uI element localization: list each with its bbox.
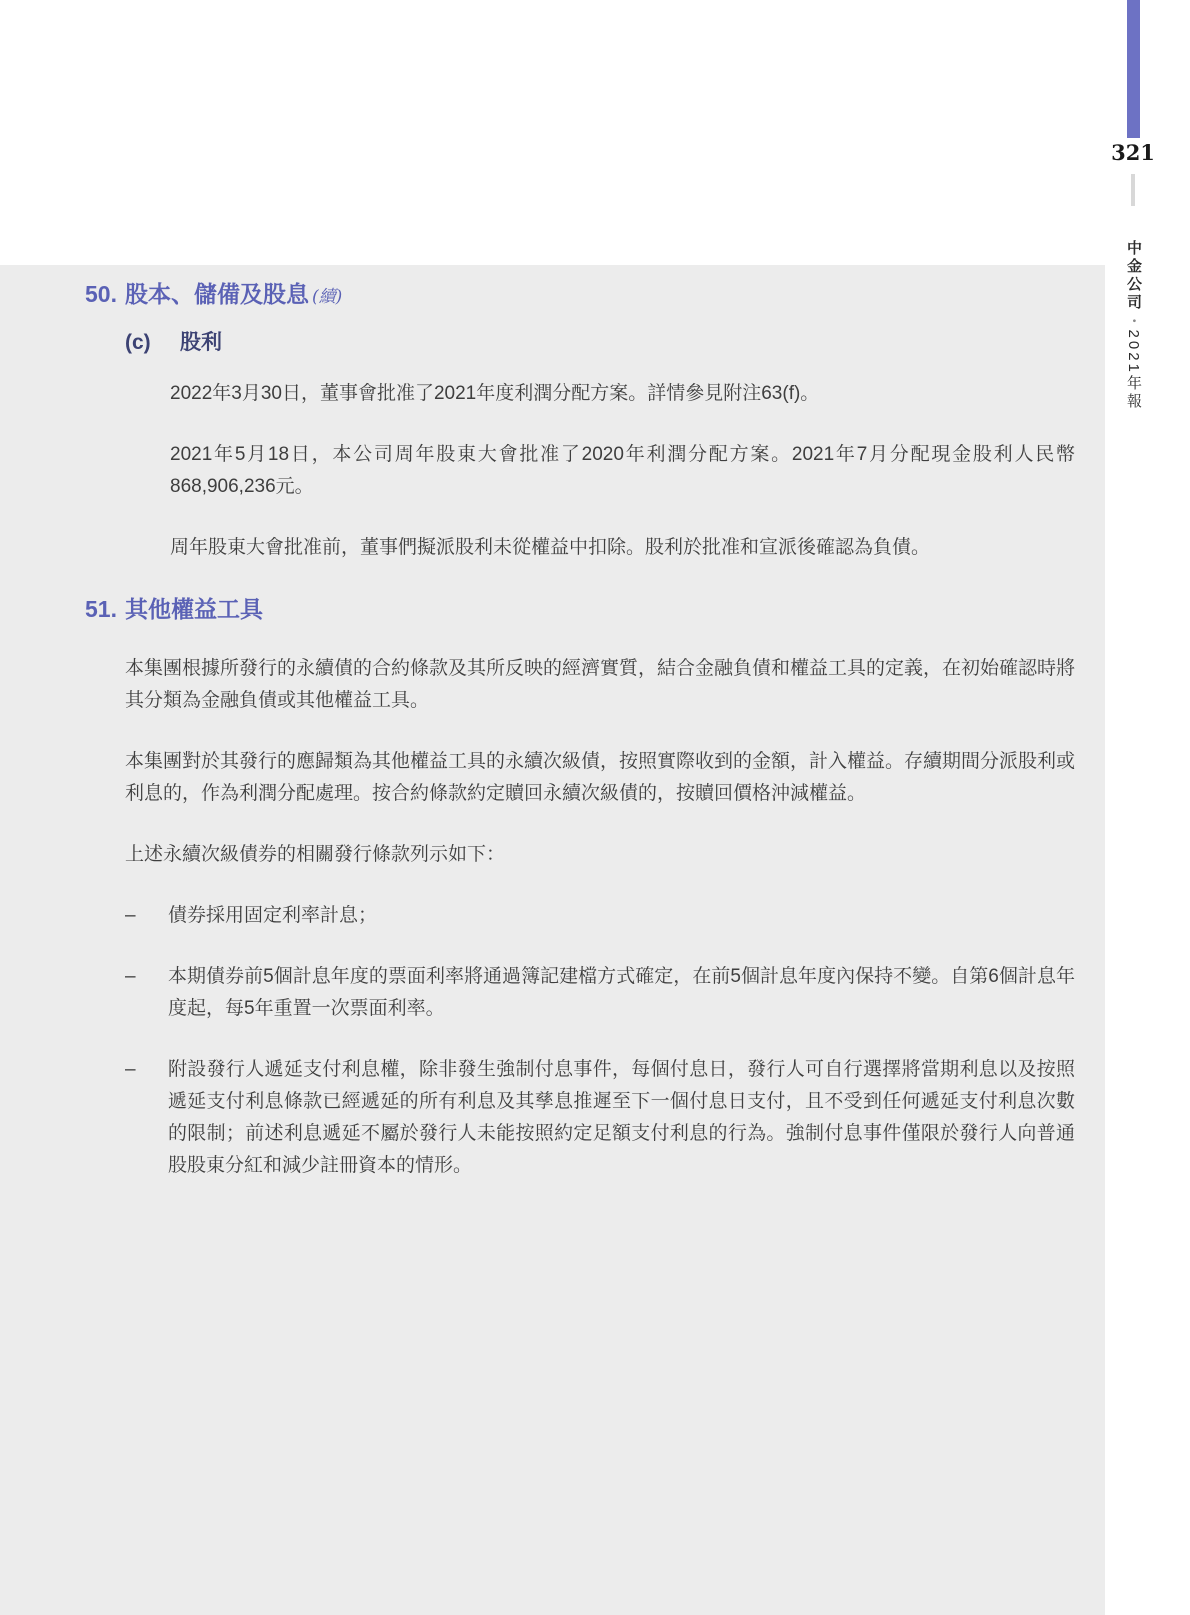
list-item-text: 附設發行人遞延支付利息權，除非發生強制付息事件，每個付息日，發行人可自行選擇將當… [168, 1054, 1075, 1182]
section-50-heading: 50. 股本、儲備及股息 (續) [85, 279, 1075, 312]
report-year: 2021年報 [1125, 330, 1142, 411]
page-accent-bar [1127, 0, 1140, 138]
list-item: – 附設發行人遞延支付利息權，除非發生強制付息事件，每個付息日，發行人可自行選擇… [125, 1054, 1075, 1182]
list-item-text: 債券採用固定利率計息； [168, 900, 1075, 932]
paragraph: 本集團根據所發行的永續債的合約條款及其所反映的經濟實質，結合金融負債和權益工具的… [125, 653, 1075, 717]
report-page: 321 中金公司•2021年報 50. 股本、儲備及股息 (續) (c) 股利 … [0, 0, 1190, 1615]
section-51-number: 51. [85, 594, 125, 624]
section-50-title: 股本、儲備及股息 [125, 279, 309, 309]
list-item: – 債券採用固定利率計息； [125, 900, 1075, 932]
section-50-continued-label: (續) [312, 282, 342, 312]
section-51-heading: 51. 其他權益工具 [85, 594, 1075, 624]
list-item-text: 本期債券前5個計息年度的票面利率將通過簿記建檔方式確定，在前5個計息年度內保持不… [168, 961, 1075, 1025]
dash-marker: – [125, 1054, 168, 1182]
content-panel: 50. 股本、儲備及股息 (續) (c) 股利 2022年3月30日，董事會批准… [0, 265, 1105, 1615]
subsection-c-title: 股利 [180, 329, 222, 357]
section-51: 51. 其他權益工具 本集團根據所發行的永續債的合約條款及其所反映的經濟實質，結… [0, 594, 1075, 1182]
dash-marker: – [125, 961, 168, 1025]
section-50-body: 2022年3月30日，董事會批准了2021年度利潤分配方案。詳情參見附注63(f… [170, 378, 1075, 564]
section-51-title: 其他權益工具 [125, 594, 263, 624]
page-number: 321 [1098, 140, 1168, 165]
list-intro: 上述永續次級債券的相關發行條款列示如下： [125, 839, 1075, 871]
paragraph: 本集團對於其發行的應歸類為其他權益工具的永續次級債，按照實際收到的金額，計入權益… [125, 746, 1075, 810]
paragraph: 2021年5月18日，本公司周年股東大會批准了2020年利潤分配方案。2021年… [170, 439, 1075, 503]
dash-marker: – [125, 900, 168, 932]
page-number-rule [1131, 174, 1135, 206]
paragraph: 周年股東大會批准前，董事們擬派股利未從權益中扣除。股利於批准和宣派後確認為負債。 [170, 532, 1075, 564]
section-50: 50. 股本、儲備及股息 (續) (c) 股利 2022年3月30日，董事會批准… [0, 279, 1075, 564]
company-name: 中金公司 [1125, 240, 1142, 312]
separator-dot: • [1128, 319, 1139, 323]
subsection-c-heading: (c) 股利 [125, 329, 1075, 357]
paragraph: 2022年3月30日，董事會批准了2021年度利潤分配方案。詳情參見附注63(f… [170, 378, 1075, 410]
vertical-sidebar-text: 中金公司•2021年報 [1120, 240, 1146, 560]
section-51-body: 本集團根據所發行的永續債的合約條款及其所反映的經濟實質，結合金融負債和權益工具的… [125, 653, 1075, 1182]
subsection-c-label: (c) [125, 329, 180, 357]
list-item: – 本期債券前5個計息年度的票面利率將通過簿記建檔方式確定，在前5個計息年度內保… [125, 961, 1075, 1025]
section-50-number: 50. [85, 279, 125, 309]
